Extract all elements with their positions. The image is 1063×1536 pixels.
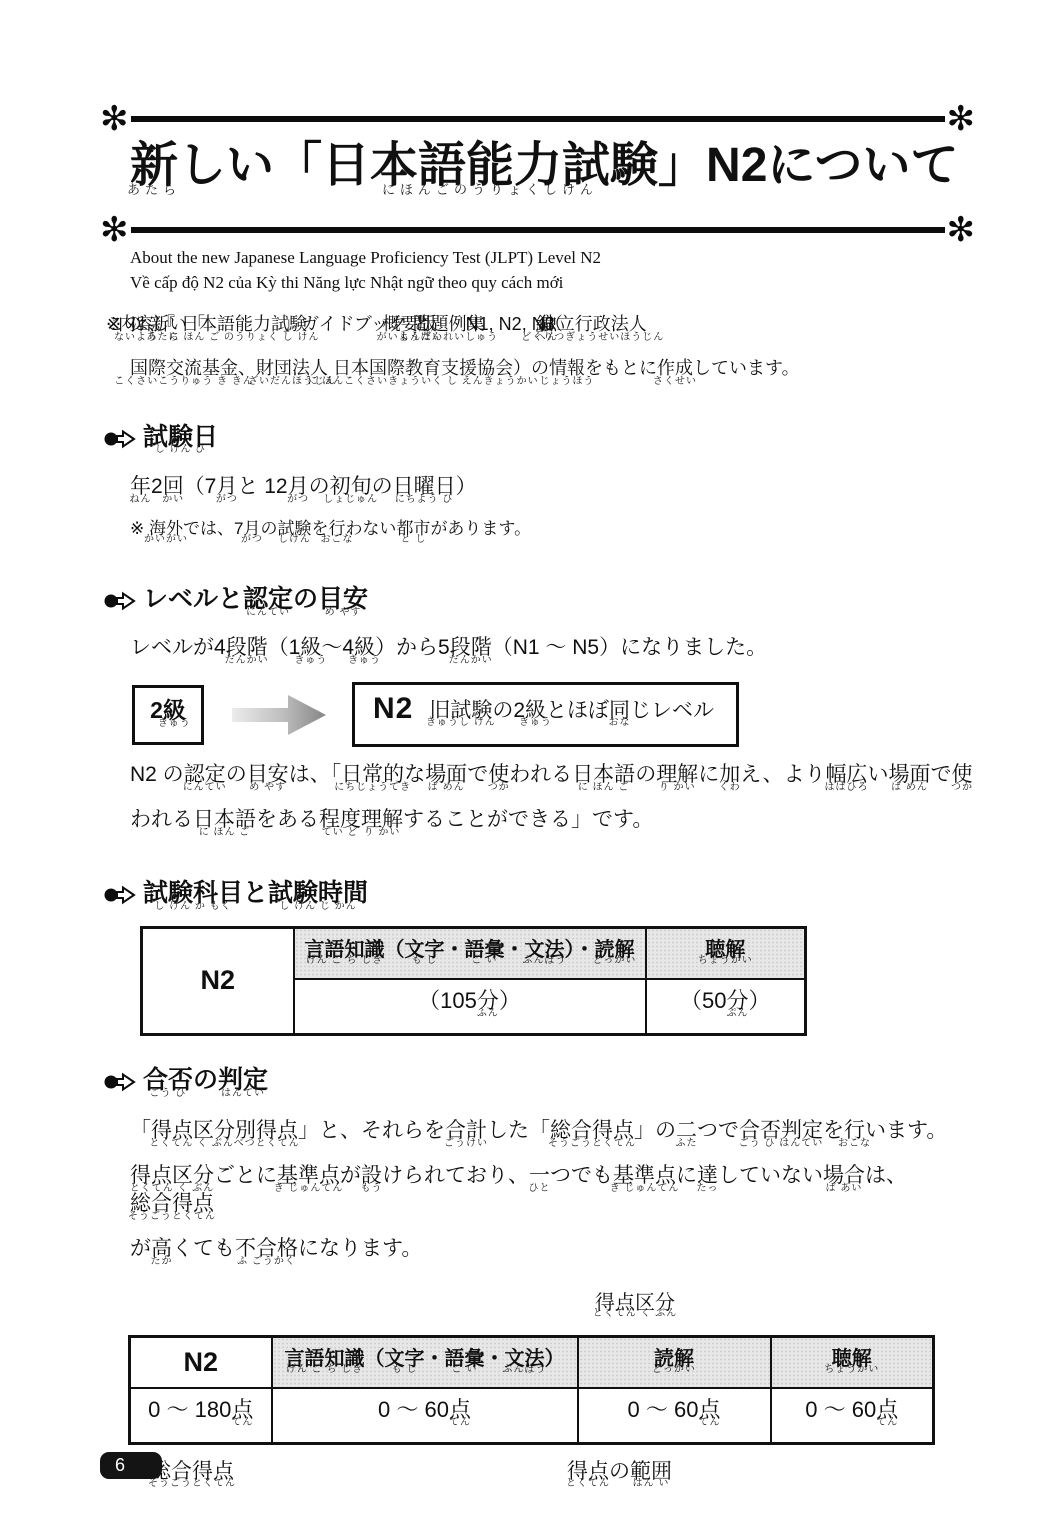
- section-arrow-icon: [104, 1070, 136, 1094]
- new-level-box: N2 旧試験きゅうし けんの2級きゅうとほぼ同おなじレベル: [352, 682, 739, 747]
- section-passfail: 合否ごう ひの判定はんてい 「得点区分別得点とくてん く ぶんべつとくてん」と、…: [100, 1066, 975, 1499]
- exam-date-text: 年ねん2回かい（7月がつと 12月がつの初旬しょじゅんの日曜日にちよう び）: [130, 473, 975, 517]
- content: ✻ ✻ 新あたらしい「日本語能力試験にほんごのうりょくしけん」N2について ✻ …: [0, 0, 1063, 1499]
- score-category-label: 得点区分とくてん く ぶん: [595, 1286, 975, 1329]
- asterisk-ornament: ✻: [100, 215, 129, 245]
- passfail-p2: 得点区分とくてん く ぶんごとに基準点き じゅんてんが設もうけられており、一ひと…: [130, 1162, 980, 1280]
- level-diagram: 2級きゅう N2 旧試験きゅうし けんの2級きゅうとほぼ同おなじレベル: [132, 682, 975, 747]
- table-header-reading: 読解どっかい: [578, 1336, 771, 1388]
- score-listening-cell: 0 ～ 60点てん: [771, 1388, 934, 1444]
- passfail-p1-line: 「得点区分別得点とくてん く ぶんべつとくてん」と、それらを合計ごうけいした「総…: [130, 1117, 980, 1162]
- passfail-p2-line-2: が高たかくても不合格ふ ごうかくになります。: [130, 1235, 980, 1280]
- level-intro: レベルが4段階だんかい（1級きゅう～4級きゅう）から5段階だんかい（N1 ～ N…: [130, 634, 975, 678]
- table-header-listening: 聴解ちょうかい: [771, 1336, 934, 1388]
- exam-date-note: ※ 海外かいがいでは、7月がつの試験しけんを行おこなわない都市と しがあります。: [130, 517, 975, 555]
- table-level-cell: N2: [142, 927, 294, 1034]
- level-description-line-1: N2 の認定にんていの目安め やすは、「日常的にちじょうてきな場面ば めんで使つ…: [130, 761, 980, 806]
- intro-note-line-1: ※ この内容ないようは、『新あたらしい「日本語能力試験に ほん ご のうりょく …: [130, 309, 982, 353]
- banner-rule-bottom: ✻ ✻: [100, 215, 975, 245]
- section-subjects: 試験科目し けん か もくと試験時間し けん じ かん N2 言語知識げん ご …: [100, 879, 975, 1036]
- section-title: 試験日し けん び: [143, 423, 218, 452]
- subtitle-vietnamese: Về cấp độ N2 của Kỳ thi Năng lực Nhật ng…: [130, 272, 975, 295]
- banner-line: [131, 227, 945, 233]
- arrow-right-icon: [230, 689, 330, 741]
- table-header-listening: 聴解ちょうかい: [646, 927, 806, 979]
- score-range-label: 得点とくてんの範囲はん い: [567, 1455, 672, 1499]
- page-number-badge: 6: [100, 1452, 162, 1479]
- old-level-box: 2級きゅう: [132, 685, 204, 745]
- total-score-label: 総合得点そうごうとくてん: [150, 1455, 234, 1499]
- passfail-p1: 「得点区分別得点とくてん く ぶんべつとくてん」と、それらを合計ごうけいした「総…: [130, 1117, 980, 1162]
- score-language-cell: 0 ～ 60点てん: [272, 1388, 578, 1444]
- section-title: 合否ごう ひの判定はんてい: [143, 1066, 268, 1095]
- table-header-language: 言語知識げん ご ち しき（文字も じ・語彙ご い・文法ぶんぽう）・読解どっかい: [294, 927, 646, 979]
- page-title: 新あたらしい「日本語能力試験にほんごのうりょくしけん」N2について: [100, 134, 975, 215]
- subjects-table: N2 言語知識げん ご ち しき（文字も じ・語彙ご い・文法ぶんぽう）・読解ど…: [140, 926, 807, 1036]
- score-table: N2 言語知識げん ご ち しき（文字も じ・語彙ご い・文法ぶんぼう） 読解ど…: [128, 1335, 935, 1445]
- section-exam-date: 試験日し けん び 年ねん2回かい（7月がつと 12月がつの初旬しょじゅんの日曜…: [100, 423, 975, 556]
- intro-note: ※ この内容ないようは、『新あたらしい「日本語能力試験に ほん ご のうりょく …: [130, 309, 982, 397]
- section-title: 試験科目し けん か もくと試験時間し けん じ かん: [143, 879, 368, 908]
- new-level-code: N2: [373, 692, 413, 726]
- table-row: N2 言語知識げん ご ち しき（文字も じ・語彙ご い・文法ぶんぽう）・読解ど…: [142, 927, 806, 979]
- score-table-footnotes: 総合得点そうごうとくてん 得点とくてんの範囲はん い: [150, 1455, 975, 1499]
- title-banner: ✻ ✻ 新あたらしい「日本語能力試験にほんごのうりょくしけん」N2について ✻ …: [100, 104, 975, 295]
- score-total-cell: 0 ～ 180点てん: [130, 1388, 272, 1444]
- banner-line: [131, 116, 945, 122]
- asterisk-ornament: ✻: [100, 104, 129, 134]
- intro-note-line-2: 国際交流基金こくさいこうりゅう き きん、財団法人ざいだんほうじん 日本国際教育…: [130, 353, 982, 397]
- passfail-p2-line-1: 得点区分とくてん く ぶんごとに基準点き じゅんてんが設もうけられており、一ひと…: [130, 1162, 980, 1235]
- section-arrow-icon: [104, 589, 136, 613]
- page: ✻ ✻ 新あたらしい「日本語能力試験にほんごのうりょくしけん」N2について ✻ …: [0, 0, 1063, 1536]
- section-level: レベルと認定にんていの目安め やす レベルが4段階だんかい（1級きゅう～4級きゅ…: [100, 585, 975, 851]
- section-arrow-icon: [104, 883, 136, 907]
- level-description-line-2: われる日本語に ほん ごをある程度てい ど理解り かいすることができる」です。: [130, 806, 980, 851]
- banner-rule-top: ✻ ✻: [100, 104, 975, 134]
- section-title: レベルと認定にんていの目安め やす: [143, 585, 368, 614]
- asterisk-ornament: ✻: [947, 104, 976, 134]
- table-level-cell: N2: [130, 1336, 272, 1388]
- table-row: N2 言語知識げん ご ち しき（文字も じ・語彙ご い・文法ぶんぼう） 読解ど…: [130, 1336, 934, 1388]
- table-header-language: 言語知識げん ご ち しき（文字も じ・語彙ご い・文法ぶんぼう）: [272, 1336, 578, 1388]
- subtitle-english: About the new Japanese Language Proficie…: [130, 247, 975, 270]
- asterisk-ornament: ✻: [947, 215, 976, 245]
- section-arrow-icon: [104, 427, 136, 451]
- table-time-listening: （50分ぷん）: [646, 979, 806, 1035]
- new-level-desc: 旧試験きゅうし けんの2級きゅうとほぼ同おなじレベル: [429, 694, 714, 724]
- score-reading-cell: 0 ～ 60点てん: [578, 1388, 771, 1444]
- old-level-label: 2級きゅう: [150, 692, 186, 725]
- table-row: 0 ～ 180点てん 0 ～ 60点てん 0 ～ 60点てん 0 ～ 60点てん: [130, 1388, 934, 1444]
- level-description: N2 の認定にんていの目安め やすは、「日常的にちじょうてきな場面ば めんで使つ…: [130, 761, 980, 851]
- table-time-language: （105分ふん）: [294, 979, 646, 1035]
